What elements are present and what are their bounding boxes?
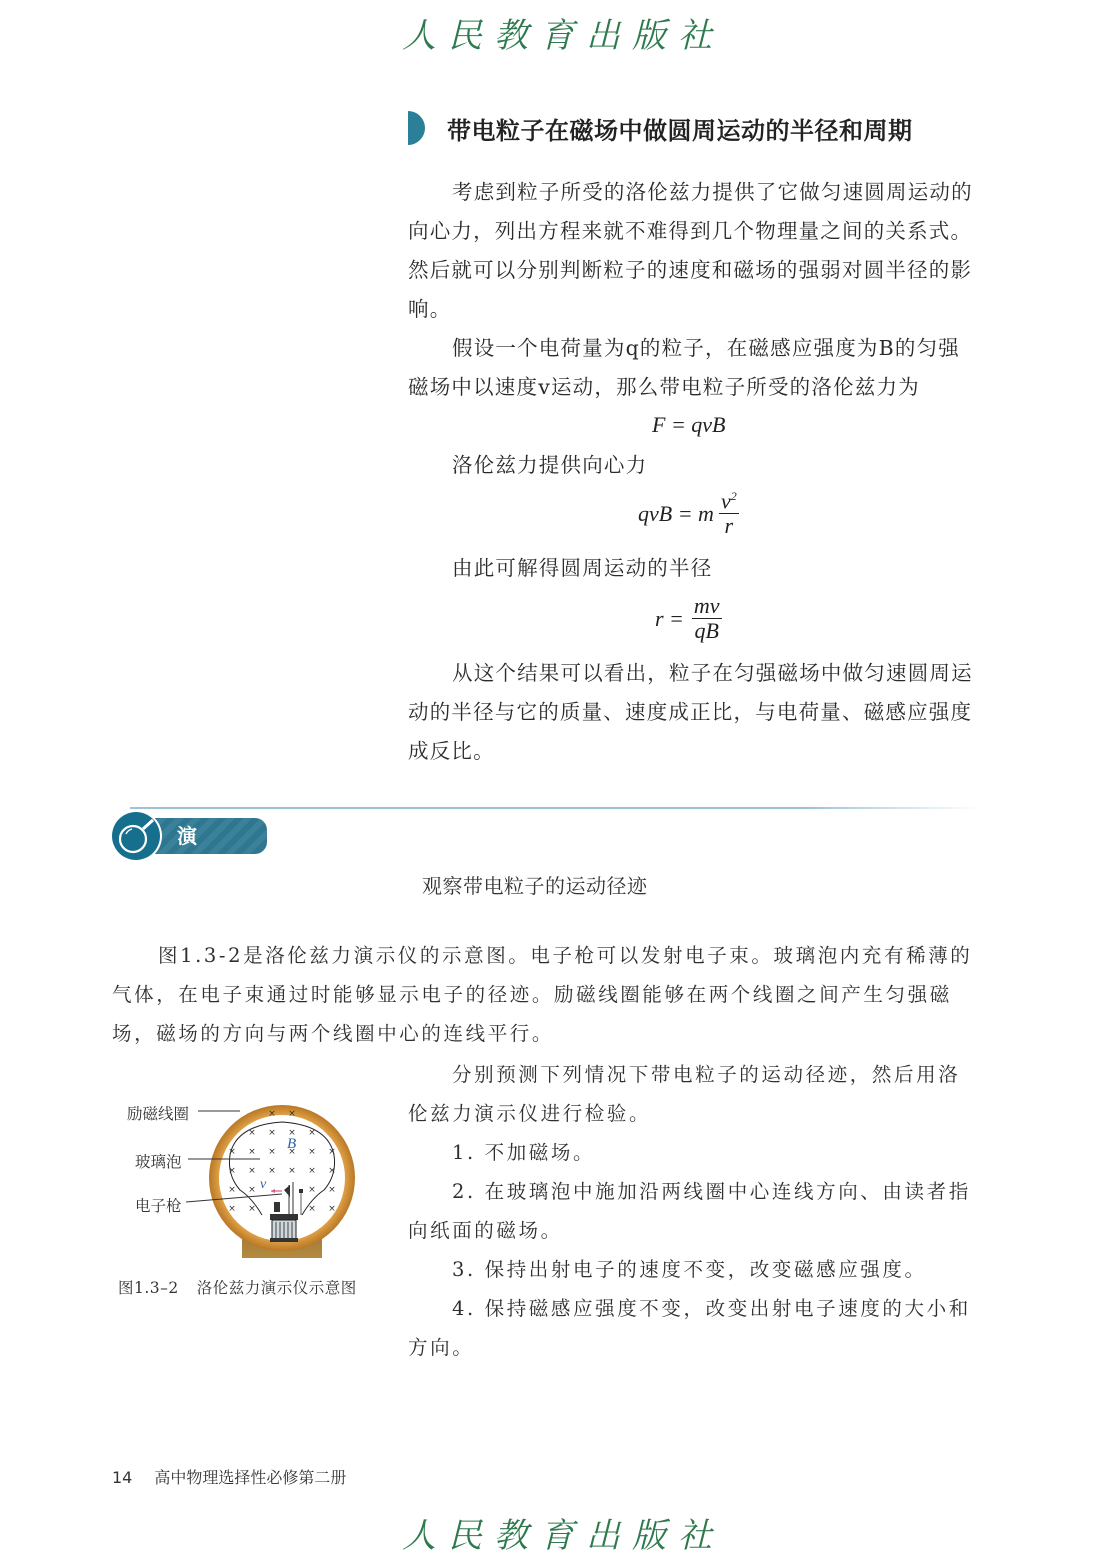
paragraph-intro: 考虑到粒子所受的洛伦兹力提供了它做匀速圆周运动的向心力，列出方程来就不难得到几个… bbox=[408, 173, 980, 329]
svg-text:v: v bbox=[260, 1177, 267, 1192]
page-number: 14 bbox=[112, 1468, 132, 1487]
svg-text:×: × bbox=[328, 1166, 336, 1176]
svg-text:×: × bbox=[328, 1204, 336, 1214]
numerator: v bbox=[721, 488, 731, 513]
demo-label: 演示 bbox=[177, 818, 215, 854]
magnifier-icon bbox=[112, 812, 160, 860]
svg-text:×: × bbox=[268, 1128, 276, 1138]
formula-lhs: qvB = m bbox=[638, 501, 714, 527]
paragraph-conclusion: 从这个结果可以看出，粒子在匀强磁场中做匀速圆周运动的半径与它的质量、速度成正比，… bbox=[408, 654, 980, 771]
exponent: 2 bbox=[731, 489, 737, 503]
svg-text:×: × bbox=[308, 1185, 316, 1195]
fraction: mv qB bbox=[692, 595, 722, 642]
svg-text:×: × bbox=[248, 1204, 256, 1214]
svg-text:×: × bbox=[248, 1185, 256, 1195]
formula-radius: r = mv qB bbox=[655, 595, 722, 642]
field-label: B bbox=[287, 1136, 296, 1152]
svg-text:×: × bbox=[288, 1109, 296, 1119]
svg-text:×: × bbox=[308, 1204, 316, 1214]
label-bulb: 玻璃泡 bbox=[135, 1150, 182, 1172]
list-item: 4. 保持磁感应强度不变，改变出射电子速度的大小和方向。 bbox=[408, 1289, 980, 1367]
formula-lorentz-force: F = qvB bbox=[652, 412, 726, 438]
numerator: mv bbox=[692, 595, 722, 619]
fraction: v2 r bbox=[719, 490, 739, 537]
demo-subtitle: 观察带电粒子的运动径迹 bbox=[422, 870, 648, 899]
heading-marker-icon bbox=[408, 111, 425, 145]
section-heading: 带电粒子在磁场中做圆周运动的半径和周期 bbox=[408, 110, 913, 146]
caption-text: 洛伦兹力演示仪示意图 bbox=[197, 1279, 357, 1297]
text-radius: 由此可解得圆周运动的半径 bbox=[452, 549, 712, 588]
svg-text:×: × bbox=[228, 1166, 236, 1176]
page-footer: 14高中物理选择性必修第二册 bbox=[112, 1465, 346, 1488]
svg-text:×: × bbox=[248, 1147, 256, 1157]
svg-text:×: × bbox=[268, 1147, 276, 1157]
svg-text:×: × bbox=[288, 1166, 296, 1176]
list-item: 3. 保持出射电子的速度不变，改变磁感应强度。 bbox=[408, 1250, 980, 1289]
figure-caption: 图1.3–2洛伦兹力演示仪示意图 bbox=[118, 1276, 357, 1298]
caption-number: 图1.3–2 bbox=[118, 1279, 179, 1297]
svg-text:×: × bbox=[228, 1185, 236, 1195]
list-item: 1. 不加磁场。 bbox=[408, 1133, 980, 1172]
label-coil: 励磁线圈 bbox=[127, 1102, 189, 1124]
figure-lorentz-apparatus: ×× ×××× ×××××× ×××××× ×××× ×××× B v bbox=[112, 1090, 372, 1310]
list-item: 2. 在玻璃泡中施加沿两线圈中心连线方向、由读者指向纸面的磁场。 bbox=[408, 1172, 980, 1250]
publisher-logo-bottom: 人民教育出版社 bbox=[402, 1508, 724, 1557]
divider bbox=[130, 807, 980, 809]
text-centripetal: 洛伦兹力提供向心力 bbox=[452, 446, 647, 485]
denominator: r bbox=[725, 514, 734, 537]
svg-text:×: × bbox=[248, 1166, 256, 1176]
formula-lhs: r = bbox=[655, 606, 684, 632]
formula-centripetal: qvB = m v2 r bbox=[638, 490, 739, 537]
svg-text:×: × bbox=[248, 1128, 256, 1138]
paragraph-setup: 假设一个电荷量为q的粒子，在磁感应强度为B的匀强磁场中以速度v运动，那么带电粒子… bbox=[408, 329, 980, 407]
denominator: qB bbox=[695, 619, 719, 642]
svg-text:×: × bbox=[268, 1109, 276, 1119]
svg-text:×: × bbox=[228, 1204, 236, 1214]
label-gun: 电子枪 bbox=[135, 1194, 182, 1216]
task-list: 1. 不加磁场。 2. 在玻璃泡中施加沿两线圈中心连线方向、由读者指向纸面的磁场… bbox=[408, 1133, 980, 1367]
section-title: 带电粒子在磁场中做圆周运动的半径和周期 bbox=[447, 111, 913, 146]
book-title: 高中物理选择性必修第二册 bbox=[154, 1468, 346, 1487]
svg-text:×: × bbox=[308, 1128, 316, 1138]
paragraph-demo-intro: 图1.3-2是洛伦兹力演示仪的示意图。电子枪可以发射电子束。玻璃泡内充有稀薄的气… bbox=[112, 936, 980, 1053]
svg-text:×: × bbox=[228, 1147, 236, 1157]
svg-text:×: × bbox=[308, 1147, 316, 1157]
svg-text:×: × bbox=[268, 1166, 276, 1176]
svg-text:×: × bbox=[308, 1166, 316, 1176]
svg-text:×: × bbox=[328, 1185, 336, 1195]
publisher-logo: 人民教育出版社 bbox=[402, 8, 724, 57]
svg-text:×: × bbox=[328, 1147, 336, 1157]
paragraph-task-intro: 分别预测下列情况下带电粒子的运动径迹，然后用洛伦兹力演示仪进行检验。 bbox=[408, 1055, 980, 1133]
